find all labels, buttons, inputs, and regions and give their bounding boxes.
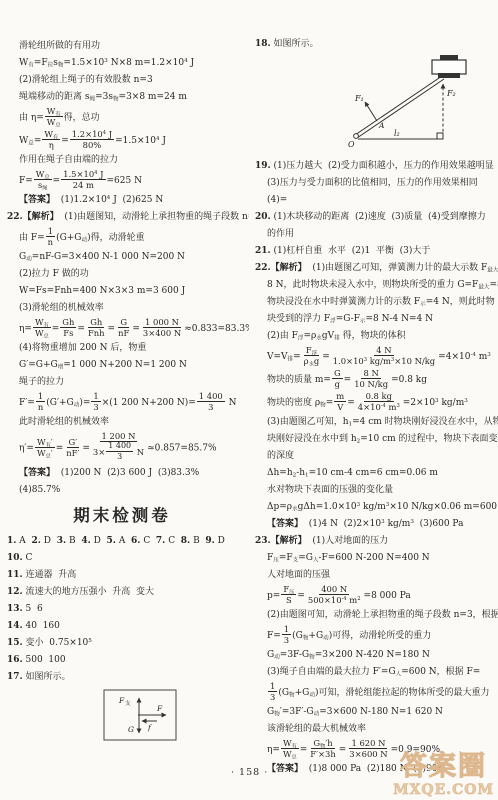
- fulcrum-point: [354, 134, 359, 139]
- text-line: 物块浸没在水中时弹簧测力计的示数 F示=4 N，则此时物: [255, 294, 498, 311]
- text-line: Δp=ρ水gΔh=1.0×103 kg/m3×10 N/kg×0.06 m=60…: [255, 499, 498, 516]
- text-line: (2)由题图可知，动滑轮上承担物重的绳子段数 n=3，根据: [255, 607, 498, 624]
- q17-force-diagram-svg: F 支 F f G: [103, 689, 177, 741]
- answer-line: 11. 连通器 升高: [7, 567, 249, 584]
- left-column: 滑轮组所做的有用功W有=F拉s物=1.5×103 N×8 m=1.2×104 J…: [0, 0, 249, 778]
- f1-arrow: [365, 102, 377, 121]
- answer-line: 【答案】 (1)8 000 Pa (2)180 N (3)90%: [255, 761, 498, 778]
- section-title: 期末检测卷: [7, 502, 237, 530]
- text-line: 由 η=W有W总得，总功: [7, 106, 249, 129]
- text-line: 物块的质量 m=Gg=8 N10 N/kg=0.8 kg: [255, 368, 498, 391]
- text-line: (3)压力与受力面积的比值相同，压力的作用效果相同: [255, 175, 498, 192]
- point-a-label: A: [378, 121, 385, 130]
- text-line: F=W总s绳=1.5×104 J24 m=625 N: [7, 169, 249, 192]
- origin-label: O: [348, 140, 355, 149]
- answer-line: 【答案】 (1)4 N (2)2×103 kg/m3 (3)600 Pa: [255, 516, 498, 533]
- text-line: Δh=h2-h1=10 cm-4 cm=6 cm=0.06 m: [255, 465, 498, 482]
- text-line: 的深度: [255, 448, 498, 465]
- text-line: F压=F支=G人-F=600 N-200 N=400 N: [255, 550, 498, 567]
- text-line: 23.【解析】 (1)人对地面的压力: [255, 533, 498, 550]
- answer-line: 17. 如图所示。: [7, 669, 249, 686]
- text-line: 的作用: [255, 226, 498, 243]
- text-line: (3)由题图乙可知，h1=4 cm 时物块刚好浸没在水中，从物: [255, 414, 498, 431]
- text-line: V=V排=F浮ρ水g=4 N1.0×103 kg/m3×10 N/kg=4×10…: [255, 345, 498, 368]
- text-line: 绳子的拉力: [7, 374, 249, 391]
- answer-line: 16. 500 100: [7, 652, 249, 669]
- q17-force-diagram: F 支 F f G: [103, 689, 249, 745]
- text-line: 21. (1)杠杆自重 水平 (2)1 平衡 (3)大于: [255, 243, 498, 260]
- answer-line: 18. 如图所示。: [255, 36, 498, 53]
- text-line: (3)滑轮组的机械效率: [7, 300, 249, 317]
- roller-body: [432, 60, 466, 74]
- lever-rod-2: [357, 79, 444, 138]
- text-line: η=W有W总=G物′hF′×3h=1 620 N3×600 N=0.9=90%: [255, 738, 498, 761]
- text-line: W总=W有η=1.2×104 J80%=1.5×104 J: [7, 129, 249, 152]
- text-line: 22.【解析】 (1)由题图乙可知，弹簧测力计的最大示数 F最大=: [255, 260, 498, 277]
- answer-line: 15. 变小 0.75×105: [7, 635, 249, 652]
- answer-line: 14. 40 160: [7, 618, 249, 635]
- applied-force-label: F: [156, 704, 163, 713]
- text-line: F′=1n(G′+G动)=13×(1 200 N+200 N)=1 4003 N: [7, 391, 249, 414]
- right-column: 18. 如图所示。: [249, 0, 498, 778]
- answer-line: 【答案】 (1)200 N (2)3 600 J (3)83.3%: [7, 465, 249, 482]
- two-column-layout: 滑轮组所做的有用功W有=F拉s物=1.5×103 N×8 m=1.2×104 J…: [0, 0, 498, 778]
- l2-label: l₂: [394, 129, 400, 138]
- text-line: (2)滑轮组上绳子的有效股数 n=3: [7, 72, 249, 89]
- text-line: (3)绳子自由端的最大拉力 F′=G人=600 N，根据 F=: [255, 664, 498, 681]
- text-line: G动=3F-G物=3×200 N-420 N=180 N: [255, 647, 498, 664]
- text-line: (4)=: [255, 192, 498, 209]
- lever-rod: [355, 76, 442, 135]
- answer-line: 【答案】 (1)1.2×104 J (2)625 N: [7, 192, 249, 209]
- right-angle-mark: [437, 133, 443, 139]
- text-line: (2)拉力 F 做的功: [7, 266, 249, 283]
- answer-line: 12. 流速大的地方压强小 升高 变大: [7, 584, 249, 601]
- text-line: G物′=3F′-G动=3×600 N-180 N=1 620 N: [255, 704, 498, 721]
- support-force-label: F: [118, 696, 125, 705]
- text-line: 人对地面的压强: [255, 567, 498, 584]
- gravity-label: G: [128, 725, 134, 734]
- answer-line: 13. 5 6: [7, 601, 249, 618]
- text-line: 块受到的浮力 F浮=G-F示=8 N-4 N=4 N: [255, 311, 498, 328]
- answer-line: (4)85.7%: [7, 482, 249, 499]
- roller-base: [438, 73, 460, 78]
- text-line: 由 F=1n(G+G动)得，动滑轮重: [7, 226, 249, 249]
- text-line: 水对物块下表面的压强的变化量: [255, 482, 498, 499]
- text-line: 19. (1)压力越大 (2)受力面积越小，压力的作用效果越明显: [255, 158, 498, 175]
- text-line: 作用在绳子自由端的拉力: [7, 152, 249, 169]
- text-line: 20. (1)木块移动的距离 (2)速度 (3)质量 (4)受到摩擦力: [255, 209, 498, 226]
- text-line: 此时滑轮组的机械效率: [7, 414, 249, 431]
- text-line: 该滑轮组的最大机械效率: [255, 721, 498, 738]
- text-line: 滑轮组所做的有用功: [7, 38, 249, 55]
- page-number: · 158 ·: [231, 767, 268, 778]
- text-line: F=13(G物+G动)可得，动滑轮所受的重力: [255, 624, 498, 647]
- text-line: 绳端移动的距离 s绳=3s物=3×8 m=24 m: [7, 89, 249, 106]
- workbook-answer-page: 滑轮组所做的有用功W有=F拉s物=1.5×103 N×8 m=1.2×104 J…: [0, 0, 498, 800]
- friction-label: f: [147, 723, 152, 732]
- text-line: p=F压S=400 N500×10-4 m2=8 000 Pa: [255, 584, 498, 607]
- watermark-url: MXQE.COM: [393, 782, 494, 798]
- q18-lever-diagram-svg: F₁ F₂ A O l₂: [339, 55, 479, 151]
- text-line: G′=G+G增=1 000 N+200 N=1 200 N: [7, 357, 249, 374]
- f2-label: F₂: [446, 89, 456, 98]
- support-force-subscript: 支: [125, 699, 131, 707]
- text-line: η′=W有′W总′=G′nF′=1 200 N3×1 4003 N≈0.857=…: [7, 431, 249, 465]
- text-line: 8 N，此时物块未浸入水中，则物块所受的重力 G=F最大=8 N: [255, 277, 498, 294]
- text-line: η=W有W总=GhFs=GhFnh=GnF=1 000 N3×400 N≈0.8…: [7, 317, 249, 340]
- text-line: 物块的密度 ρ物=mV=0.8 kg4×10-4 m3=2×103 kg/m3: [255, 391, 498, 414]
- text-line: W=Fs=Fnh=400 N×3×3 m=3 600 J: [7, 283, 249, 300]
- text-line: W有=F拉s物=1.5×103 N×8 m=1.2×104 J: [7, 55, 249, 72]
- text-line: 22.【解析】 (1)由题图知，动滑轮上承担物重的绳子段数 n=3: [7, 209, 249, 226]
- f1-label: F₁: [354, 94, 364, 103]
- answer-line: 1. A 2. D 3. B 4. D 5. A 6. C 7. C 8. B …: [7, 533, 249, 550]
- text-line: G动=nF-G=3×400 N-1 000 N=200 N: [7, 249, 249, 266]
- q18-lever-diagram: F₁ F₂ A O l₂: [339, 55, 498, 155]
- text-line: (2)由 F浮=ρ水gV排 得，物块的体积: [255, 328, 498, 345]
- text-line: 13(G物+G动)可知，滑轮组能拉起的物体所受的最大重力: [255, 681, 498, 704]
- text-line: 块刚好浸没在水中到 h2=10 cm 的过程中，物块下表面变化: [255, 431, 498, 448]
- answer-line: 10. C: [7, 550, 249, 567]
- text-line: (4)将物重增加 200 N 后，物重: [7, 340, 249, 357]
